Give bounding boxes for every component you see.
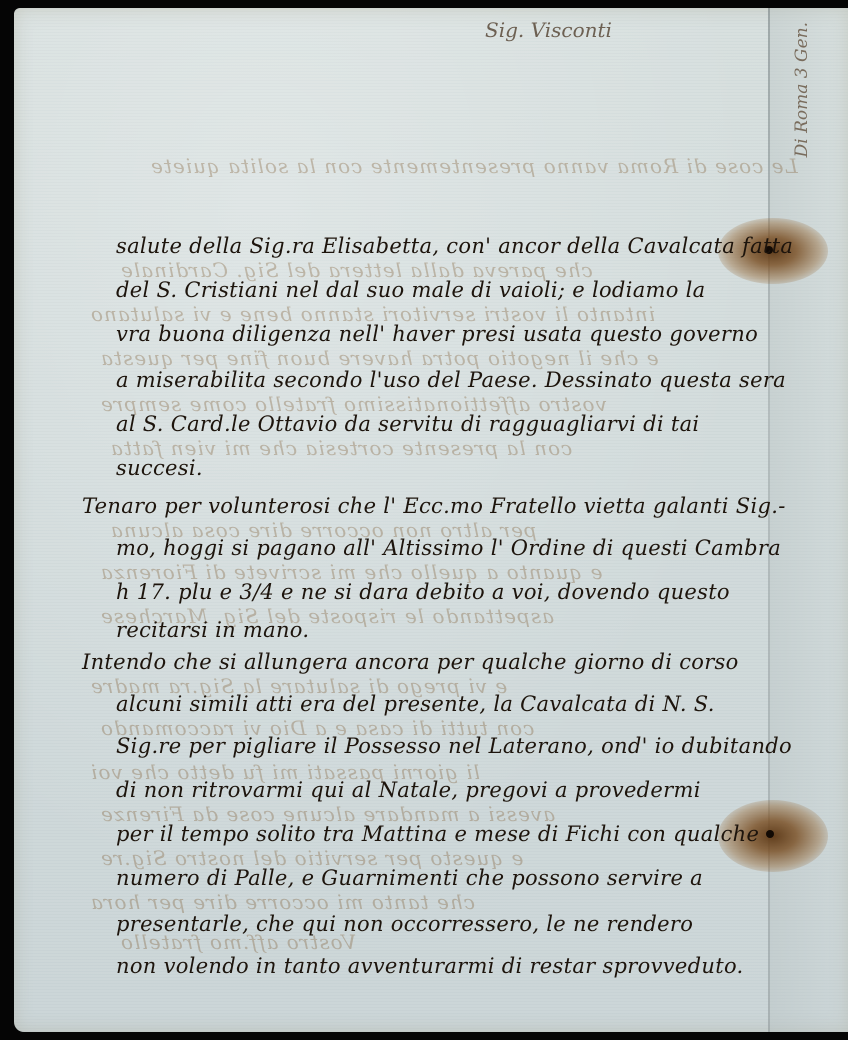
handwritten-line: del S. Cristiani nel dal suo male di vai… — [116, 278, 705, 302]
handwritten-line: Tenaro per volunterosi che l' Ecc.mo Fra… — [82, 494, 786, 518]
handwritten-line: recitarsi in mano. — [116, 618, 309, 642]
handwritten-line: vra buona diligenza nell' haver presi us… — [116, 322, 758, 346]
pin-hole-bottom — [766, 830, 774, 838]
handwritten-line: di non ritrovarmi qui al Natale, pregovi… — [116, 778, 701, 802]
handwritten-line: mo, hoggi si pagano all' Altissimo l' Or… — [116, 536, 781, 560]
handwritten-line: non volendo in tanto avventurarmi di res… — [116, 954, 744, 978]
handwritten-line: numero di Palle, e Guarnimenti che posso… — [116, 866, 703, 890]
handwritten-line: salute della Sig.ra Elisabetta, con' anc… — [116, 234, 793, 258]
handwritten-line: Sig.re per pigliare il Possesso nel Late… — [116, 734, 792, 758]
handwritten-line: al S. Card.le Ottavio da servitu di ragg… — [116, 412, 699, 436]
show-through-line: e che il negotio potra havere buon fine … — [100, 346, 659, 370]
handwritten-line: a miserabilita secondo l'uso del Paese. … — [116, 368, 786, 392]
header-annotation: Sig. Visconti — [485, 18, 612, 42]
handwritten-line: per il tempo solito tra Mattina e mese d… — [116, 822, 759, 846]
show-through-line: che tanto mi occorre dire per hora — [90, 890, 475, 914]
margin-annotation: Di Roma 3 Gen. — [792, 22, 814, 157]
show-through-line: Le cose di Roma vanno presentemente con … — [150, 154, 798, 178]
handwritten-line: Intendo che si allungera ancora per qual… — [82, 650, 739, 674]
handwritten-line: succesi. — [116, 456, 203, 480]
handwritten-line: alcuni simili atti era del presente, la … — [116, 692, 715, 716]
handwritten-line: h 17. plu e 3/4 e ne si dara debito a vo… — [116, 580, 730, 604]
handwritten-line: presentarle, che qui non occorressero, l… — [116, 912, 693, 936]
